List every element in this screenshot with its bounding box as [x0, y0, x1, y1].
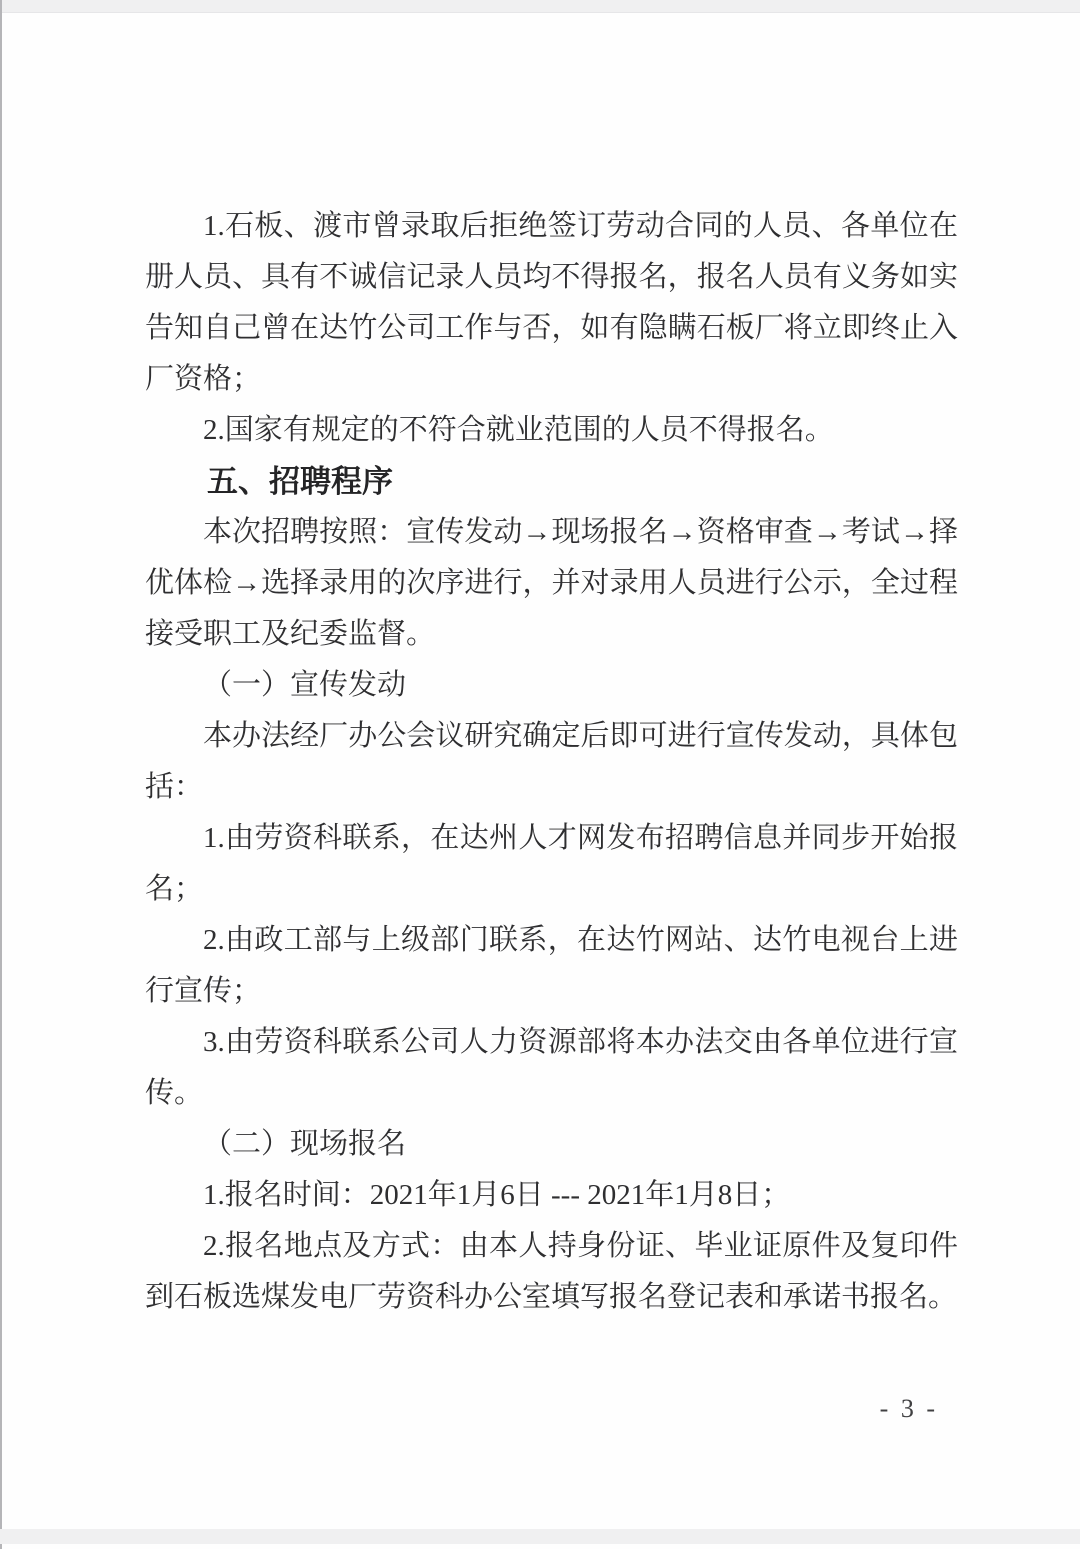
subheading-publicity-launch: （一）宣传发动: [145, 660, 958, 711]
page-bottom-edge: [0, 1529, 1080, 1544]
paragraph-publicity-intro: 本办法经厂办公会议研究确定后即可进行宣传发动，具体包括：: [145, 711, 958, 813]
document-body: 1.石板、渡市曾录取后拒绝签订劳动合同的人员、各单位在册人员、具有不诚信记录人员…: [145, 201, 958, 1323]
paragraph-registration-location: 2.报名地点及方式：由本人持身份证、毕业证原件及复印件到石板选煤发电厂劳资科办公…: [145, 1221, 958, 1323]
section-heading-recruitment-procedure: 五、招聘程序: [145, 456, 958, 507]
paragraph-disqualified-applicants: 1.石板、渡市曾录取后拒绝签订劳动合同的人员、各单位在册人员、具有不诚信记录人员…: [145, 201, 958, 405]
page-top-edge: [0, 0, 1080, 13]
subheading-onsite-registration: （二）现场报名: [145, 1119, 958, 1170]
paragraph-publicity-item-2: 2.由政工部与上级部门联系，在达竹网站、达竹电视台上进行宣传；: [145, 915, 958, 1017]
paragraph-publicity-item-3: 3.由劳资科联系公司人力资源部将本办法交由各单位进行宣传。: [145, 1017, 958, 1119]
page-left-edge: [0, 0, 2, 1549]
paragraph-national-restrictions: 2.国家有规定的不符合就业范围的人员不得报名。: [145, 405, 958, 456]
paragraph-registration-time: 1.报名时间：2021年1月6日 --- 2021年1月8日；: [145, 1170, 958, 1221]
page-number: - 3 -: [880, 1394, 938, 1424]
paragraph-publicity-item-1: 1.由劳资科联系，在达州人才网发布招聘信息并同步开始报名；: [145, 813, 958, 915]
document-page: { "doc": { "paragraphs": [ { "type": "bo…: [0, 0, 1080, 1549]
paragraph-procedure-overview: 本次招聘按照：宣传发动→现场报名→资格审查→考试→择优体检→选择录用的次序进行，…: [145, 507, 958, 660]
